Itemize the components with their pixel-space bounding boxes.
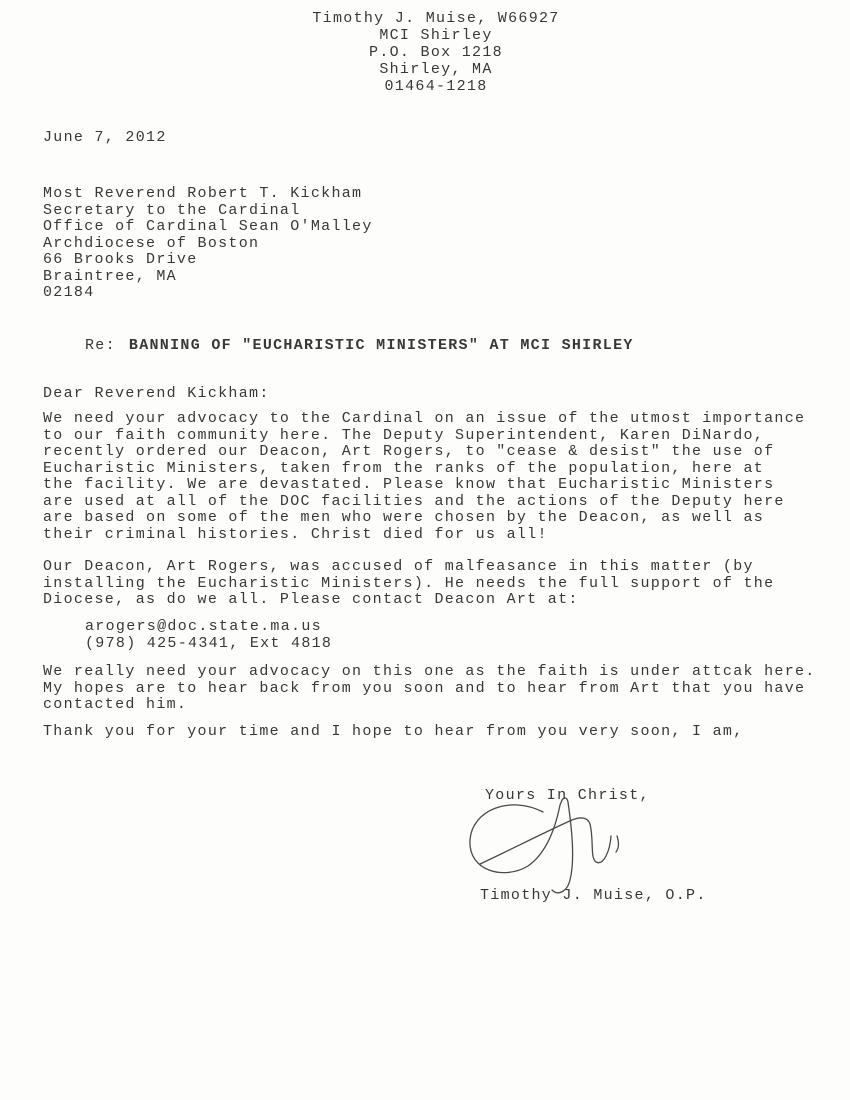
body-paragraph-2: Our Deacon, Art Rogers, was accused of m… xyxy=(43,559,774,609)
body-paragraph-4: Thank you for your time and I hope to he… xyxy=(43,724,744,741)
subject-title: BANNING OF "EUCHARISTIC MINISTERS" AT MC… xyxy=(129,337,634,354)
signed-name: Timothy J. Muise, O.P. xyxy=(480,888,707,905)
signature-scrawl-icon xyxy=(450,788,630,898)
sender-address-block: Timothy J. Muise, W66927 MCI Shirley P.O… xyxy=(11,10,850,95)
body-paragraph-3: We really need your advocacy on this one… xyxy=(43,664,816,714)
subject-prefix: Re: xyxy=(85,337,116,354)
contact-info: arogers@doc.state.ma.us (978) 425-4341, … xyxy=(85,619,332,652)
subject-line: Re:BANNING OF "EUCHARISTIC MINISTERS" AT… xyxy=(85,338,634,355)
body-paragraph-1: We need your advocacy to the Cardinal on… xyxy=(43,411,805,543)
salutation: Dear Reverend Kickham: xyxy=(43,386,270,403)
letter-page: Timothy J. Muise, W66927 MCI Shirley P.O… xyxy=(0,0,850,1100)
date-line: June 7, 2012 xyxy=(43,130,167,147)
recipient-address-block: Most Reverend Robert T. Kickham Secretar… xyxy=(43,186,373,302)
